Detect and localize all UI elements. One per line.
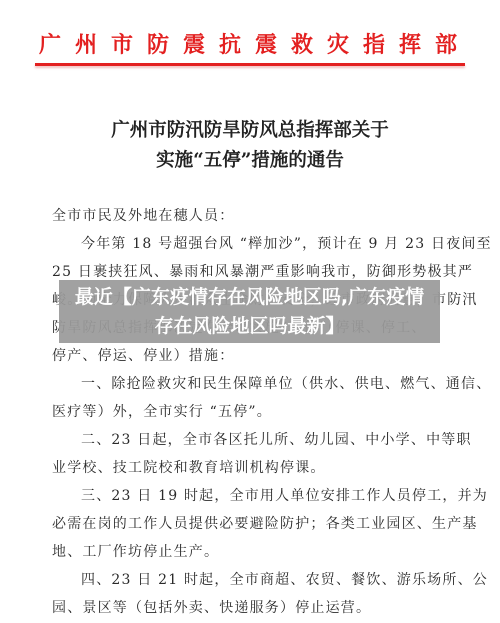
org-name: 广州市防震抗震救灾指挥部 (0, 33, 500, 59)
body-line: 25 日裹挟狂风、暴雨和风暴潮严重影响我市，防御形势极其严 (52, 262, 473, 282)
caption-overlay-text: 最近【广东疫情存在风险地区吗,广东疫情存在风险地区吗最新】 (59, 283, 440, 341)
salutation: 全市市民及外地在穗人员： (52, 206, 234, 226)
item-1-line: 一、除抢险救灾和民生保障单位（供水、供电、燃气、通信、 (81, 374, 491, 394)
item-3-line: 必需在岗的工作人员提供必要避险防护；各类工业园区、生产基 (52, 514, 478, 534)
item-2-line: 业学校、技工院校和教育培训机构停课。 (52, 458, 326, 478)
item-3-line: 地、工厂作坊停止生产。 (52, 542, 219, 562)
item-1-line: 医疗等）外，全市实行 “五停”。 (52, 402, 272, 422)
item-2-line: 二、23 日起，全市各区托儿所、幼儿园、中小学、中等职 (81, 430, 472, 450)
body-line: 今年第 18 号超强台风 “榉加沙”，预计在 9 月 23 日夜间至 (81, 234, 492, 254)
red-divider (35, 63, 465, 66)
item-3-line: 三、23 日 19 时起，全市用人单位安排工作人员停工，并为 (81, 486, 488, 506)
body-line: 停产、停运、停业）措施： (52, 346, 234, 366)
item-4-line: 园、景区等（包括外卖、快递服务）停止运营。 (52, 598, 371, 618)
notice-title-line-2: 实施“五停”措施的通告 (0, 148, 500, 174)
item-4-line: 四、23 日 21 时起，全市商超、农贸、餐饮、游乐场所、公 (81, 570, 488, 590)
notice-title-line-1: 广州市防汛防旱防风总指挥部关于 (0, 118, 500, 144)
